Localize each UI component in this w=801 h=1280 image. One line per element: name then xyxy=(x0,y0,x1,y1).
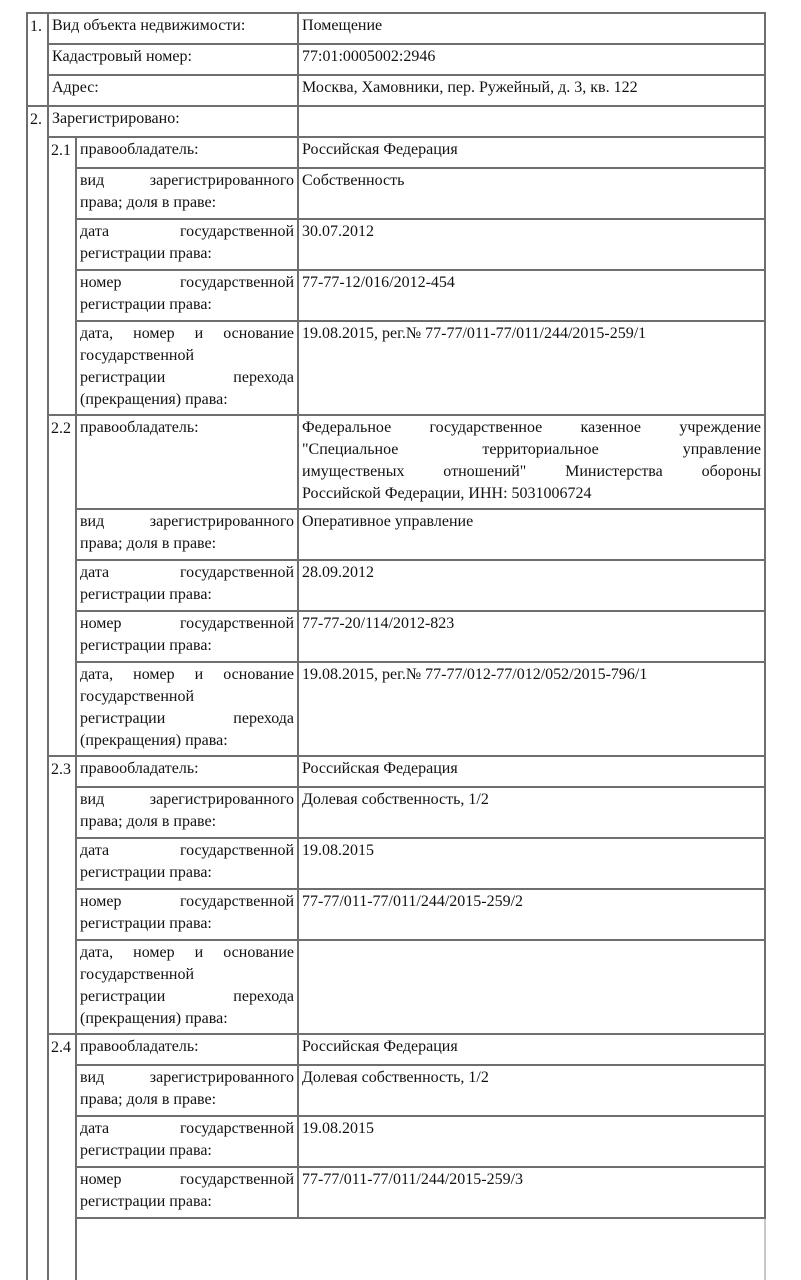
table-row: номер государственнойрегистрации права: … xyxy=(27,611,765,662)
reg-date-value: 19.08.2015 xyxy=(298,838,765,889)
table-row: дата государственнойрегистрации права: 1… xyxy=(27,838,765,889)
empty-cell xyxy=(76,1218,765,1280)
table-row: дата, номер и основаниегосударственнойре… xyxy=(27,940,765,1034)
address-value: Москва, Хамовники, пер. Ружейный, д. 3, … xyxy=(298,75,765,106)
reg-number-value: 77-77/011-77/011/244/2015-259/3 xyxy=(298,1167,765,1218)
field-label: Вид объекта недвижимости: xyxy=(48,13,298,44)
field-label: дата, номер и основаниегосударственнойре… xyxy=(76,321,298,415)
reg-date-value: 30.07.2012 xyxy=(298,219,765,270)
field-label: вид зарегистрированногоправа; доля в пра… xyxy=(76,509,298,560)
entry-number: 2.4 xyxy=(48,1034,76,1280)
table-row: вид зарегистрированногоправа; доля в пра… xyxy=(27,509,765,560)
field-label: дата государственнойрегистрации права: xyxy=(76,219,298,270)
table-row: дата государственнойрегистрации права: 1… xyxy=(27,1116,765,1167)
egrn-extract-document: 1. Вид объекта недвижимости: Помещение К… xyxy=(26,12,764,1280)
holder-value: Российская Федерация xyxy=(298,137,765,168)
entry-number: 2.3 xyxy=(48,756,76,1034)
holder-value: Российская Федерация xyxy=(298,1034,765,1065)
table-row: 2.3 правообладатель: Российская Федераци… xyxy=(27,756,765,787)
transfer-value xyxy=(298,940,765,1034)
field-label: Адрес: xyxy=(48,75,298,106)
table-row: вид зарегистрированногоправа; доля в пра… xyxy=(27,1065,765,1116)
table-row: вид зарегистрированногоправа; доля в пра… xyxy=(27,168,765,219)
field-label: правообладатель: xyxy=(76,1034,298,1065)
cadastral-number-value: 77:01:0005002:2946 xyxy=(298,44,765,75)
field-label: Зарегистрировано: xyxy=(48,106,298,137)
reg-number-value: 77-77-20/114/2012-823 xyxy=(298,611,765,662)
table-row: дата, номер и основаниегосударственнойре… xyxy=(27,321,765,415)
field-label: дата государственнойрегистрации права: xyxy=(76,560,298,611)
table-row: дата государственнойрегистрации права: 3… xyxy=(27,219,765,270)
right-type-value: Собственность xyxy=(298,168,765,219)
right-type-value: Долевая собственность, 1/2 xyxy=(298,787,765,838)
field-label: номер государственнойрегистрации права: xyxy=(76,889,298,940)
holder-value: Федеральное государственное казенное учр… xyxy=(298,415,765,509)
right-type-value: Оперативное управление xyxy=(298,509,765,560)
table-row: вид зарегистрированногоправа; доля в пра… xyxy=(27,787,765,838)
field-label: дата государственнойрегистрации права: xyxy=(76,1116,298,1167)
field-label: правообладатель: xyxy=(76,756,298,787)
table-row: номер государственнойрегистрации права: … xyxy=(27,270,765,321)
reg-number-value: 77-77-12/016/2012-454 xyxy=(298,270,765,321)
field-label: дата государственнойрегистрации права: xyxy=(76,838,298,889)
object-type-value: Помещение xyxy=(298,13,765,44)
field-label: вид зарегистрированногоправа; доля в пра… xyxy=(76,787,298,838)
holder-value: Российская Федерация xyxy=(298,756,765,787)
transfer-value: 19.08.2015, рег.№ 77-77/012-77/012/052/2… xyxy=(298,662,765,756)
reg-date-value: 19.08.2015 xyxy=(298,1116,765,1167)
table-row: номер государственнойрегистрации права: … xyxy=(27,1167,765,1218)
table-row: Кадастровый номер: 77:01:0005002:2946 xyxy=(27,44,765,75)
section-number: 2. xyxy=(27,106,48,1280)
table-row: 1. Вид объекта недвижимости: Помещение xyxy=(27,13,765,44)
table-row: Адрес: Москва, Хамовники, пер. Ружейный,… xyxy=(27,75,765,106)
property-rights-table: 1. Вид объекта недвижимости: Помещение К… xyxy=(26,12,766,1280)
table-row: 2.2 правообладатель: Федеральное государ… xyxy=(27,415,765,509)
reg-number-value: 77-77/011-77/011/244/2015-259/2 xyxy=(298,889,765,940)
table-row: 2. Зарегистрировано: xyxy=(27,106,765,137)
right-type-value: Долевая собственность, 1/2 xyxy=(298,1065,765,1116)
table-row: дата, номер и основаниегосударственнойре… xyxy=(27,662,765,756)
entry-number: 2.2 xyxy=(48,415,76,756)
registered-value xyxy=(298,106,765,137)
field-label: вид зарегистрированногоправа; доля в пра… xyxy=(76,168,298,219)
table-row: дата государственнойрегистрации права: 2… xyxy=(27,560,765,611)
field-label: дата, номер и основаниегосударственнойре… xyxy=(76,662,298,756)
field-label: правообладатель: xyxy=(76,137,298,168)
field-label: номер государственнойрегистрации права: xyxy=(76,611,298,662)
entry-number: 2.1 xyxy=(48,137,76,415)
transfer-value: 19.08.2015, рег.№ 77-77/011-77/011/244/2… xyxy=(298,321,765,415)
table-row: 2.4 правообладатель: Российская Федераци… xyxy=(27,1034,765,1065)
field-label: правообладатель: xyxy=(76,415,298,509)
table-row: 2.1 правообладатель: Российская Федераци… xyxy=(27,137,765,168)
table-row: номер государственнойрегистрации права: … xyxy=(27,889,765,940)
table-row xyxy=(27,1218,765,1280)
field-label: номер государственнойрегистрации права: xyxy=(76,1167,298,1218)
field-label: вид зарегистрированногоправа; доля в пра… xyxy=(76,1065,298,1116)
reg-date-value: 28.09.2012 xyxy=(298,560,765,611)
field-label: номер государственнойрегистрации права: xyxy=(76,270,298,321)
field-label: Кадастровый номер: xyxy=(48,44,298,75)
field-label: дата, номер и основаниегосударственнойре… xyxy=(76,940,298,1034)
section-number: 1. xyxy=(27,13,48,106)
